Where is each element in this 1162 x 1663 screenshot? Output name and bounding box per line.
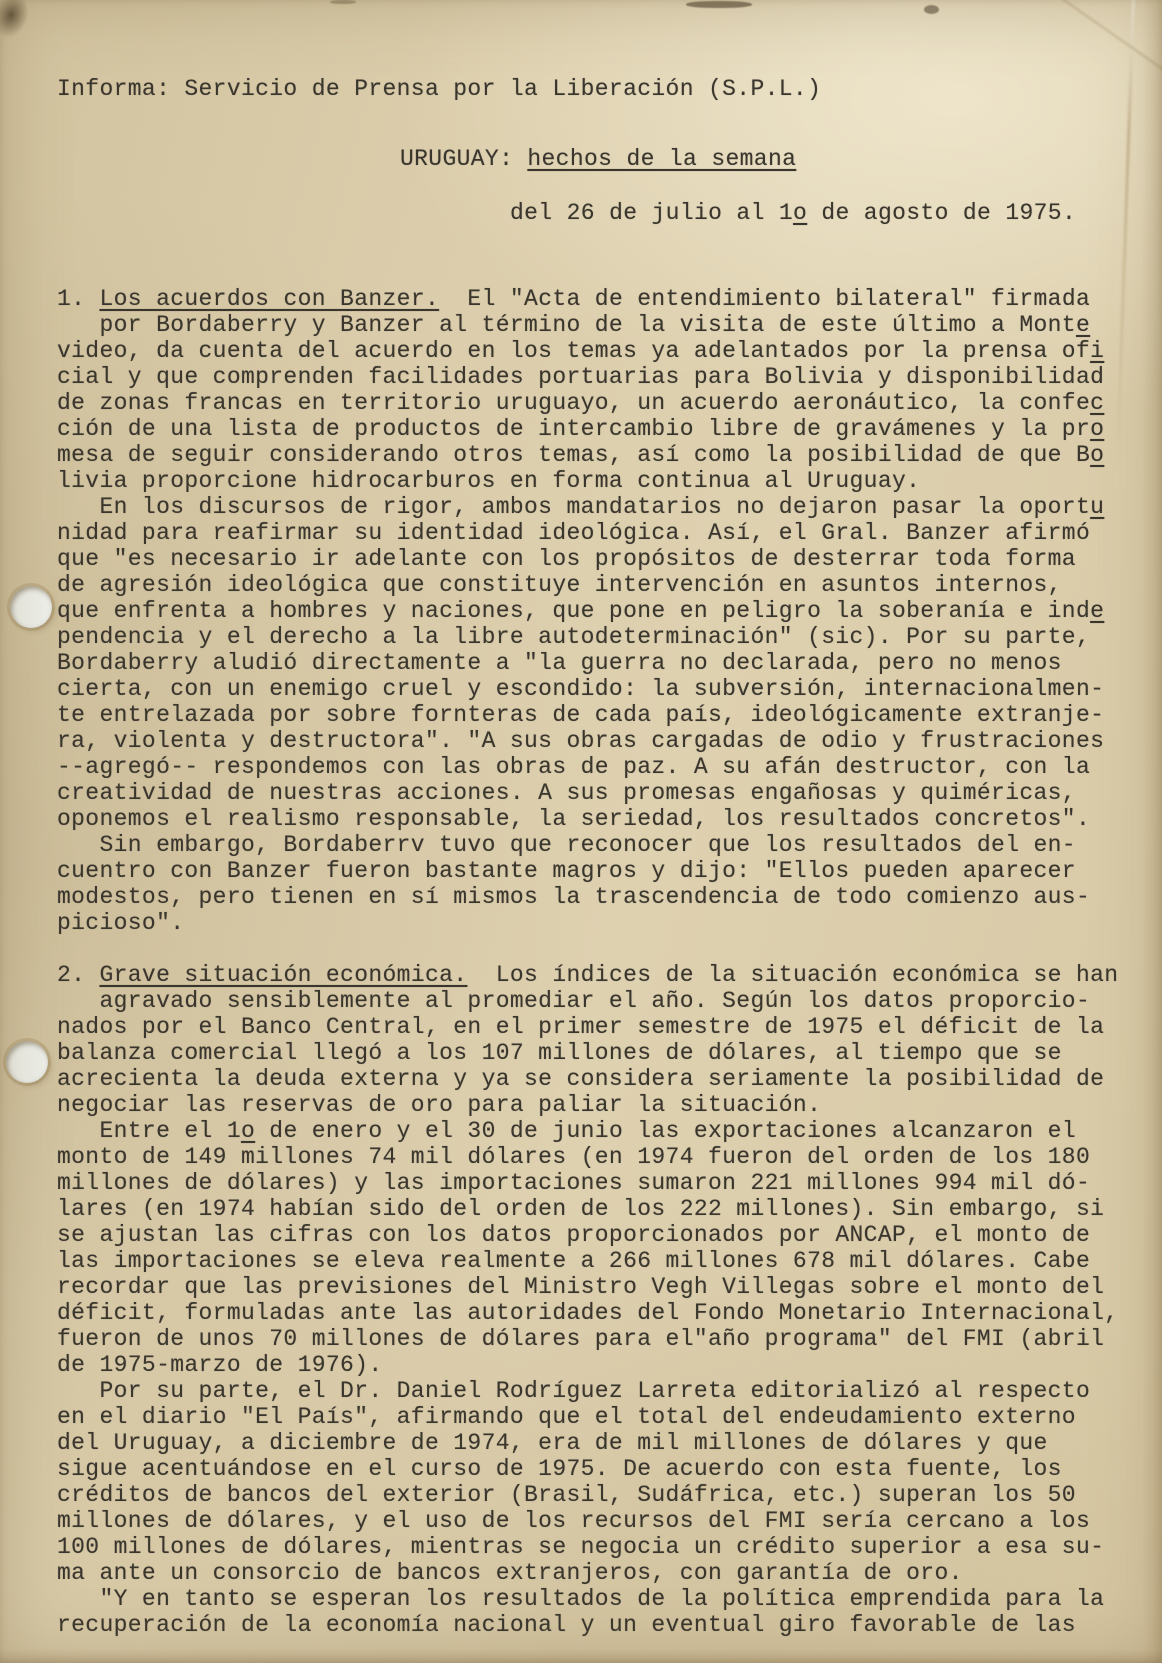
text-line: se ajustan las cifras con los datos prop… <box>57 1224 1090 1247</box>
section-2-heading-line: 2. Grave situación económica. Los índice… <box>57 964 1118 987</box>
text-line: millones de dólares) y las importaciones… <box>57 1172 1090 1195</box>
text-line: te entrelazada por sobre fornteras de ca… <box>57 704 1104 727</box>
text-line: monto de 149 millones 74 mil dólares (en… <box>57 1146 1090 1169</box>
text-line: por Bordaberry y Banzer al término de la… <box>57 314 1090 337</box>
text-line: picioso". <box>57 912 184 935</box>
text-line: agravado sensiblemente al promediar el a… <box>57 990 1090 1013</box>
text-line: pendencia y el derecho a la libre autode… <box>57 626 1090 649</box>
text-line: oponemos el realismo responsable, la ser… <box>57 808 1090 831</box>
text-line: acrecienta la deuda externa y ya se cons… <box>57 1068 1104 1091</box>
text-line: cial y que comprenden facilidades portua… <box>57 366 1104 389</box>
text-line: millones de dólares, y el uso de los rec… <box>57 1510 1090 1533</box>
text-line: mesa de seguir considerando otros temas,… <box>57 444 1104 467</box>
text-line: cierta, con un enemigo cruel y escondido… <box>57 678 1104 701</box>
text-line: recordar que las previsiones del Ministr… <box>57 1276 1104 1299</box>
page-title: URUGUAY: hechos de la semana <box>400 148 796 171</box>
source-line: Informa: Servicio de Prensa por la Liber… <box>57 78 821 101</box>
text-line: ma ante un consorcio de bancos extranjer… <box>57 1562 963 1585</box>
text-line: Entre el 1o de enero y el 30 de junio la… <box>57 1120 1076 1143</box>
text-line: ra, violenta y destructora". "A sus obra… <box>57 730 1104 753</box>
text-line: sigue acentuándose en el curso de 1975. … <box>57 1458 1062 1481</box>
text-line: En los discursos de rigor, ambos mandata… <box>57 496 1104 519</box>
text-line: fueron de unos 70 millones de dólares pa… <box>57 1328 1104 1351</box>
text-line: que enfrenta a hombres y naciones, que p… <box>57 600 1104 623</box>
text-line: Por su parte, el Dr. Daniel Rodríguez La… <box>57 1380 1090 1403</box>
text-line: modestos, pero tienen en sí mismos la tr… <box>57 886 1090 909</box>
text-line: que "es necesario ir adelante con los pr… <box>57 548 1076 571</box>
text-line: créditos de bancos del exterior (Brasil,… <box>57 1484 1076 1507</box>
date-line: del 26 de julio al 1o de agosto de 1975. <box>510 202 1076 225</box>
document-page: Informa: Servicio de Prensa por la Liber… <box>0 0 1162 1663</box>
text-line: cuentro con Banzer fueron bastante magro… <box>57 860 1076 883</box>
text-line: nados por el Banco Central, en el primer… <box>57 1016 1104 1039</box>
text-line: negociar las reservas de oro para paliar… <box>57 1094 821 1117</box>
text-line: recuperación de la economía nacional y u… <box>57 1614 1076 1637</box>
text-line: lares (en 1974 habían sido del orden de … <box>57 1198 1104 1221</box>
text-line: Sin embargo, Bordaberrv tuvo que reconoc… <box>57 834 1076 857</box>
text-line: --agregó-- respondemos con las obras de … <box>57 756 1090 779</box>
text-line: nidad para reafirmar su identidad ideoló… <box>57 522 1090 545</box>
text-line: Bordaberry aludió directamente a "la gue… <box>57 652 1062 675</box>
text-line: balanza comercial llegó a los 107 millon… <box>57 1042 1062 1065</box>
typewritten-text: Informa: Servicio de Prensa por la Liber… <box>0 0 1162 1663</box>
section-1-heading-line: 1. Los acuerdos con Banzer. El "Acta de … <box>57 288 1090 311</box>
text-line: en el diario "El País", afirmando que el… <box>57 1406 1076 1429</box>
text-line: de agresión ideológica que constituye in… <box>57 574 1062 597</box>
text-line: las importaciones se eleva realmente a 2… <box>57 1250 1090 1273</box>
text-line: "Y en tanto se esperan los resultados de… <box>57 1588 1104 1611</box>
text-line: del Uruguay, a diciembre de 1974, era de… <box>57 1432 1048 1455</box>
text-line: creatividad de nuestras acciones. A sus … <box>57 782 1076 805</box>
text-line: livia proporcione hidrocarburos en forma… <box>57 470 920 493</box>
text-line: de zonas francas en territorio uruguayo,… <box>57 392 1104 415</box>
text-line: 100 millones de dólares, mientras se neg… <box>57 1536 1104 1559</box>
text-line: ción de una lista de productos de interc… <box>57 418 1104 441</box>
text-line: de 1975-marzo de 1976). <box>57 1354 383 1377</box>
text-line: déficit, formuladas ante las autoridades… <box>57 1302 1118 1325</box>
text-line: video, da cuenta del acuerdo en los tema… <box>57 340 1104 363</box>
